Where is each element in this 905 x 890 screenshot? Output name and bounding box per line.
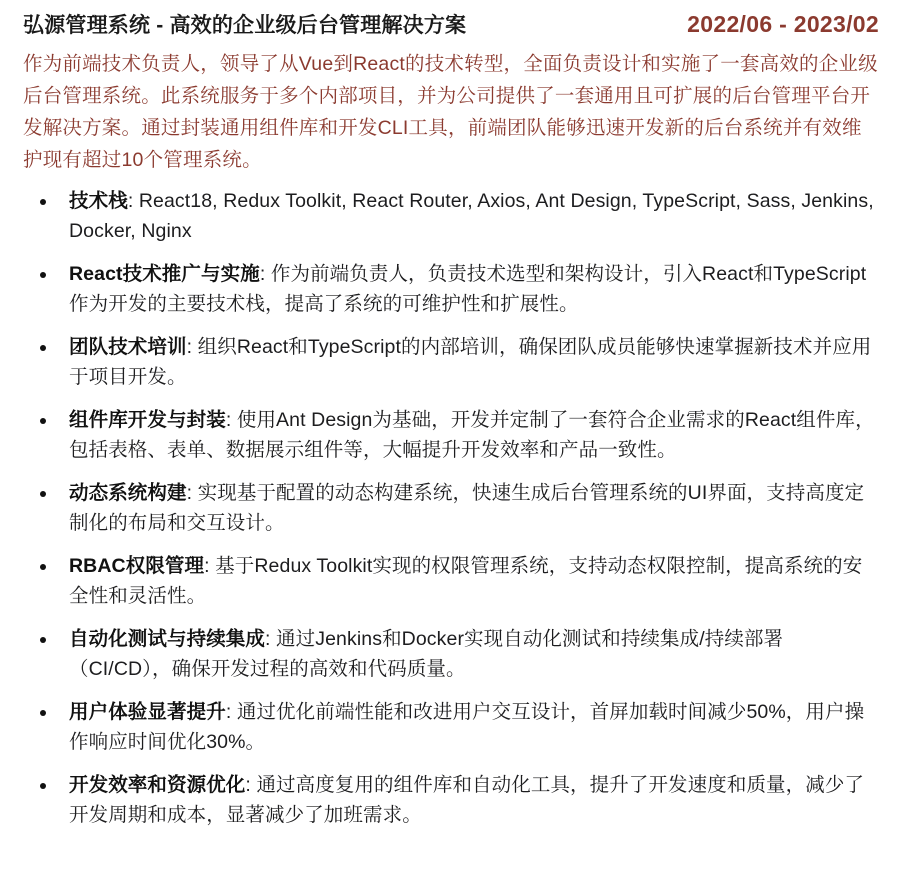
bullet-icon	[40, 564, 46, 570]
list-item: 团队技术培训: 组织React和TypeScript的内部培训，确保团队成员能够…	[23, 332, 881, 392]
item-label: React技术推广与实施	[69, 263, 260, 285]
bullet-icon	[40, 345, 46, 351]
list-item: 组件库开发与封装: 使用Ant Design为基础，开发并定制了一套符合企业需求…	[23, 405, 881, 465]
item-label: 动态系统构建	[69, 482, 187, 504]
list-item: 自动化测试与持续集成: 通过Jenkins和Docker实现自动化测试和持续集成…	[23, 624, 881, 684]
bullet-icon	[40, 710, 46, 716]
item-label: 技术栈	[69, 190, 128, 212]
item-text: : React18, Redux Toolkit, React Router, …	[69, 190, 874, 242]
item-label: RBAC权限管理	[69, 555, 204, 577]
list-item: 动态系统构建: 实现基于配置的动态构建系统，快速生成后台管理系统的UI界面，支持…	[23, 478, 881, 538]
project-title: 弘源管理系统 - 高效的企业级后台管理解决方案	[23, 8, 466, 44]
project-summary: 作为前端技术负责人，领导了从Vue到React的技术转型，全面负责设计和实施了一…	[23, 48, 881, 176]
list-item: 开发效率和资源优化: 通过高度复用的组件库和自动化工具，提升了开发速度和质量，减…	[23, 770, 881, 830]
item-label: 自动化测试与持续集成	[69, 628, 265, 650]
bullet-icon	[40, 272, 46, 278]
list-item: 用户体验显著提升: 通过优化前端性能和改进用户交互设计，首屏加载时间减少50%，…	[23, 697, 881, 757]
item-label: 组件库开发与封装	[69, 409, 226, 431]
item-label: 用户体验显著提升	[69, 701, 226, 723]
bullet-icon	[40, 783, 46, 789]
item-text: : 组织React和TypeScript的内部培训，确保团队成员能够快速掌握新技…	[69, 336, 871, 388]
item-text: : 实现基于配置的动态构建系统，快速生成后台管理系统的UI界面，支持高度定制化的…	[69, 482, 864, 534]
bullet-icon	[40, 637, 46, 643]
list-item: 技术栈: React18, Redux Toolkit, React Route…	[23, 186, 881, 246]
project-section: 弘源管理系统 - 高效的企业级后台管理解决方案 2022/06 - 2023/0…	[0, 0, 905, 830]
item-label: 团队技术培训	[69, 336, 187, 358]
bullet-icon	[40, 418, 46, 424]
bullet-icon	[40, 199, 46, 205]
item-label: 开发效率和资源优化	[69, 774, 245, 796]
responsibility-list: 技术栈: React18, Redux Toolkit, React Route…	[23, 186, 881, 830]
bullet-icon	[40, 491, 46, 497]
list-item: RBAC权限管理: 基于Redux Toolkit实现的权限管理系统，支持动态权…	[23, 551, 881, 611]
project-header: 弘源管理系统 - 高效的企业级后台管理解决方案 2022/06 - 2023/0…	[23, 6, 881, 46]
list-item: React技术推广与实施: 作为前端负责人，负责技术选型和架构设计，引入Reac…	[23, 259, 881, 319]
project-date-range: 2022/06 - 2023/02	[687, 6, 881, 42]
